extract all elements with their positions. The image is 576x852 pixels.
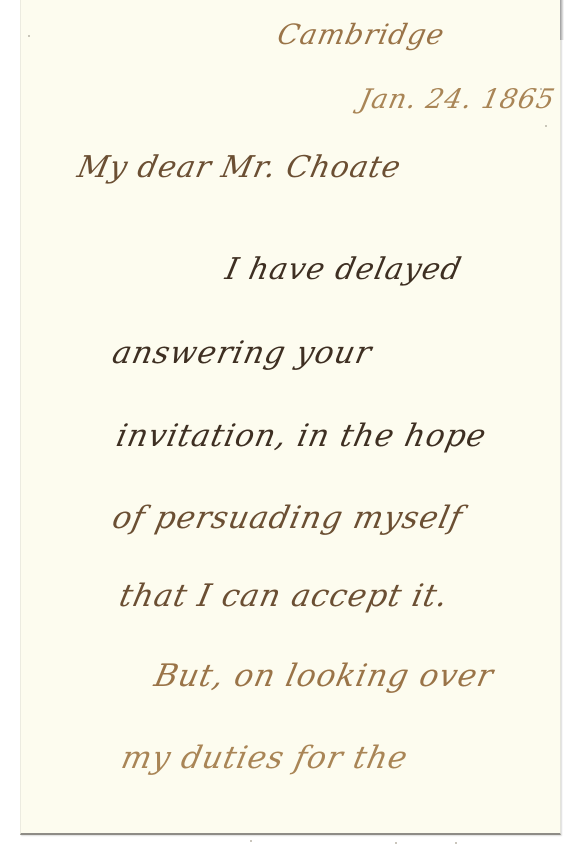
paper-speck [540,88,542,90]
paper-speck [28,35,30,37]
paper-speck [455,842,457,844]
letter-body-line: I have delayed [222,252,465,287]
letter-salutation: My dear Mr. Choate [74,150,404,185]
letter-body-line: that I can accept it. [116,578,452,614]
paper-speck [545,125,547,127]
letter-body-line: of persuading myself [109,500,466,536]
letter-body-line: invitation, in the hope [113,418,490,454]
letter-place: Cambridge [274,18,447,51]
paper-speck [395,842,397,844]
page-edge-shadow [560,0,564,40]
letter-body-line: But, on looking over [151,658,497,694]
paper-speck [250,840,252,842]
letter-date: Jan. 24. 1865 [357,84,558,115]
letter-body-line: my duties for the [118,740,411,776]
letter-body-line: answering your [109,335,375,371]
